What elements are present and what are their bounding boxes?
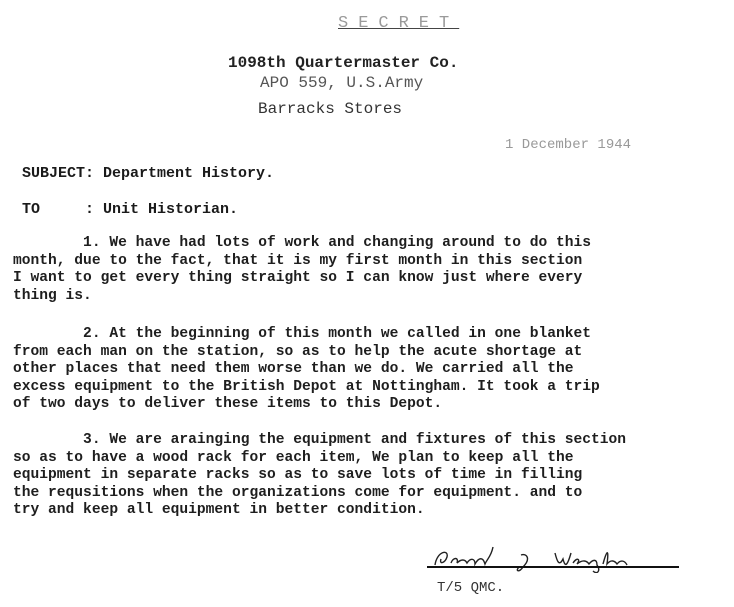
letter-date: 1 December 1944 <box>505 137 631 153</box>
subject-text: Department History. <box>103 165 274 182</box>
paragraph-line: thing is. <box>13 288 728 306</box>
handwritten-signature <box>427 545 677 573</box>
subject-line: SUBJECT: Department History. <box>22 165 274 182</box>
paragraph-line: try and keep all equipment in better con… <box>13 502 728 520</box>
paragraph-line: 1. We have had lots of work and changing… <box>13 235 728 253</box>
paragraph-line: from each man on the station, so as to h… <box>13 344 728 362</box>
classification-header: SECRET <box>338 14 459 33</box>
signer-title: T/5 QMC. <box>437 580 504 596</box>
paragraph-line: I want to get every thing straight so I … <box>13 270 728 288</box>
paragraph-line: other places that need them worse than w… <box>13 361 728 379</box>
paragraph-line: 2. At the beginning of this month we cal… <box>13 326 728 344</box>
apo-address: APO 559, U.S.Army <box>260 74 423 92</box>
unit-name: 1098th Quartermaster Co. <box>228 54 458 72</box>
to-label: TO <box>22 201 40 218</box>
paragraph-line: excess equipment to the British Depot at… <box>13 379 728 397</box>
paragraph-line: equipment in separate racks so as to sav… <box>13 467 728 485</box>
subject-label: SUBJECT: <box>22 165 94 182</box>
paragraph-2: 2. At the beginning of this month we cal… <box>13 326 728 414</box>
paragraph-3: 3. We are arainging the equipment and fi… <box>13 432 728 520</box>
paragraph-line: month, due to the fact, that it is my fi… <box>13 253 728 271</box>
to-text: : Unit Historian. <box>85 201 238 218</box>
paragraph-1: 1. We have had lots of work and changing… <box>13 235 728 305</box>
paragraph-line: of two days to deliver these items to th… <box>13 396 728 414</box>
paragraph-line: the requsitions when the organizations c… <box>13 485 728 503</box>
office-name: Barracks Stores <box>258 100 402 118</box>
signature-underline <box>427 566 679 568</box>
paragraph-line: 3. We are arainging the equipment and fi… <box>13 432 728 450</box>
to-line: TO : Unit Historian. <box>22 201 238 218</box>
paragraph-line: so as to have a wood rack for each item,… <box>13 450 728 468</box>
